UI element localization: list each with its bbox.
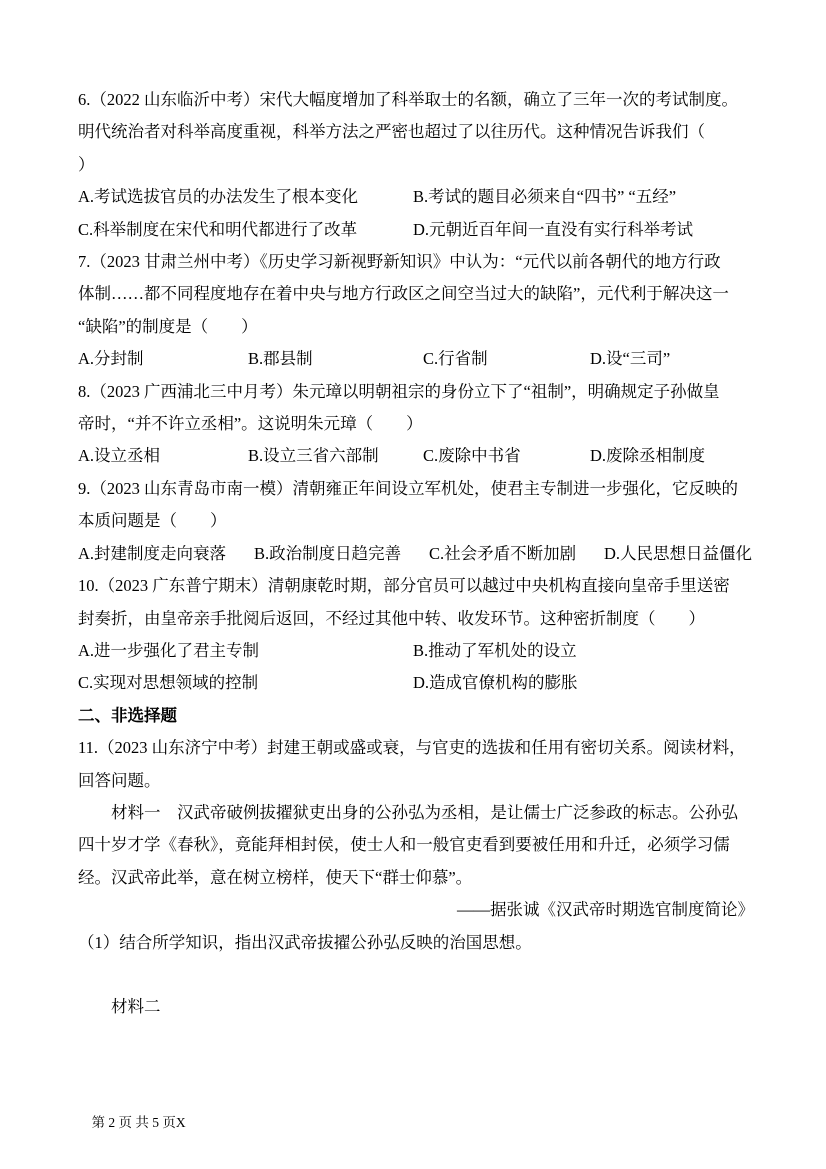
q6-line1: 6.（2022 山东临沂中考）宋代大幅度增加了科举取士的名额，确立了三年一次的考… [78,84,754,116]
q8-line2: 帝时，“并不许立丞相”。这说明朱元璋（ ） [78,408,754,440]
footer-page-number: 第 2 页 共 5 页 [92,1115,176,1130]
q7-line3: “缺陷”的制度是（ ） [78,311,754,343]
q7-option-a: A.分封制 [78,343,248,375]
page-footer: 第 2 页 共 5 页X [78,1096,186,1150]
q6-options-row-1: A.考试选拔官员的办法发生了根本变化 B.考试的题目必须来自“四书” “五经” [78,181,754,213]
q7-line2: 体制……都不同程度地存在着中央与地方行政区之间空当过大的缺陷”，元代利于解决这一 [78,278,754,310]
q11-material2-label: 材料二 [78,991,754,1023]
q9-option-c: C.社会矛盾不断加剧 [429,538,604,570]
q11-line1: 11.（2023 山东济宁中考）封建王朝或盛或衰，与官吏的选拔和任用有密切关系。… [78,732,754,764]
q7-option-c: C.行省制 [423,343,590,375]
q6-option-c: C.科举制度在宋代和明代都进行了改革 [78,214,413,246]
q7-option-d: D.设“三司” [590,343,754,375]
q10-options-row-2: C.实现对思想领域的控制 D.造成官僚机构的膨胀 [78,667,754,699]
q10-option-c: C.实现对思想领域的控制 [78,667,413,699]
q10-options-row-1: A.进一步强化了君主专制 B.推动了军机处的设立 [78,635,754,667]
q7-option-b: B.郡县制 [248,343,423,375]
footer-mark: X [176,1115,186,1130]
q8-options-row: A.设立丞相 B.设立三省六部制 C.废除中书省 D.废除丞相制度 [78,440,754,472]
document-page: 6.（2022 山东临沂中考）宋代大幅度增加了科举取士的名额，确立了三年一次的考… [0,0,826,1169]
q10-line2: 封奏折，由皇帝亲手批阅后返回，不经过其他中转、收发环节。这种密折制度（ ） [78,603,754,635]
q8-option-d: D.废除丞相制度 [590,440,754,472]
q8-option-b: B.设立三省六部制 [248,440,423,472]
q6-option-b: B.考试的题目必须来自“四书” “五经” [413,181,754,213]
q11-material1-line2: 四十岁才学《春秋》，竟能拜相封侯，使士人和一般官吏看到要被任用和升迁，必须学习儒 [78,829,754,861]
q11-subquestion-1: （1）结合所学知识，指出汉武帝拔擢公孙弘反映的治国思想。 [78,927,754,959]
document-content: 6.（2022 山东临沂中考）宋代大幅度增加了科举取士的名额，确立了三年一次的考… [78,84,754,1024]
q9-options-row: A.封建制度走向衰落 B.政治制度日趋完善 C.社会矛盾不断加剧 D.人民思想日… [78,538,754,570]
q9-option-b: B.政治制度日趋完善 [254,538,429,570]
q6-line2: 明代统治者对科举高度重视，科举方法之严密也超过了以往历代。这种情况告诉我们（ [78,116,754,148]
q11-material1-line3: 经。汉武帝此举，意在树立榜样，使天下“群士仰慕”。 [78,862,754,894]
q9-line1: 9.（2023 山东青岛市南一模）清朝雍正年间设立军机处，使君主专制进一步强化，… [78,473,754,505]
q11-material1-line1: 材料一 汉武帝破例拔擢狱吏出身的公孙弘为丞相，是让儒士广泛参政的标志。公孙弘 [78,797,754,829]
q9-option-a: A.封建制度走向衰落 [78,538,254,570]
q10-option-d: D.造成官僚机构的膨胀 [413,667,754,699]
q8-option-c: C.废除中书省 [423,440,590,472]
q6-options-row-2: C.科举制度在宋代和明代都进行了改革 D.元朝近百年间一直没有实行科举考试 [78,214,754,246]
blank-line [78,959,754,991]
q10-line1: 10.（2023 广东普宁期末）清朝康乾时期，部分官员可以越过中央机构直接向皇帝… [78,570,754,602]
q6-option-d: D.元朝近百年间一直没有实行科举考试 [413,214,754,246]
q6-option-a: A.考试选拔官员的办法发生了根本变化 [78,181,413,213]
q10-option-a: A.进一步强化了君主专制 [78,635,413,667]
q8-line1: 8.（2023 广西浦北三中月考）朱元璋以明朝祖宗的身份立下了“祖制”，明确规定… [78,376,754,408]
q6-line3: ） [78,149,754,181]
q11-line2: 回答问题。 [78,765,754,797]
q7-line1: 7.（2023 甘肃兰州中考）《历史学习新视野新知识》中认为：“元代以前各朝代的… [78,246,754,278]
q10-option-b: B.推动了军机处的设立 [413,635,754,667]
section-2-heading: 二、非选择题 [78,700,754,732]
q7-options-row: A.分封制 B.郡县制 C.行省制 D.设“三司” [78,343,754,375]
q9-option-d: D.人民思想日益僵化 [604,538,754,570]
q8-option-a: A.设立丞相 [78,440,248,472]
q9-line2: 本质问题是（ ） [78,505,754,537]
q11-material1-source: ——据张诚《汉武帝时期选官制度简论》 [78,894,754,926]
